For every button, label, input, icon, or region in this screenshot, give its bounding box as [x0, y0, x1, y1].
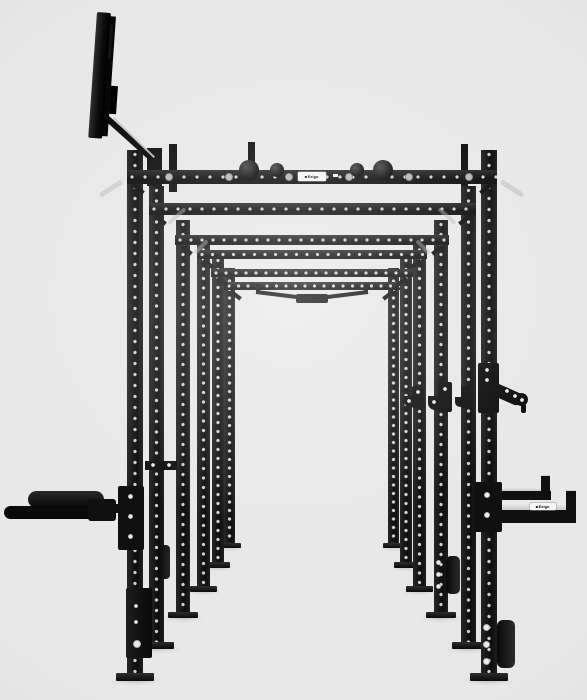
rig-upright — [212, 256, 224, 568]
rig-upright — [400, 256, 412, 568]
foot-plate — [426, 612, 456, 618]
spotter-arm-front-lip — [566, 489, 576, 523]
cannonball-grip-large — [373, 160, 393, 180]
gym-rig-product-render: Exigo Exigo — [0, 0, 587, 700]
bolt-hole — [513, 394, 517, 398]
foot-plate — [168, 612, 198, 618]
beam-hole — [405, 173, 413, 181]
spotter-arm-label-text: Exigo — [539, 505, 550, 509]
bolt-hole — [483, 658, 490, 665]
bolt-hole — [483, 624, 490, 631]
rig-crossmember — [211, 269, 413, 277]
pullup-bar-hanger — [364, 284, 368, 292]
bolt-hole — [443, 387, 447, 391]
rig-upright — [413, 236, 426, 592]
bolt-hole — [133, 640, 141, 648]
bolt-hole — [485, 368, 489, 372]
multi-grip-pullup-bar — [256, 289, 368, 305]
bolt-hole — [128, 534, 133, 539]
rig-upright — [197, 236, 210, 592]
brand-plate: Exigo — [298, 172, 326, 181]
rig-upright — [176, 220, 190, 618]
board-support-arm-glint — [113, 117, 155, 158]
bolt-hole — [520, 398, 524, 402]
foot-plate — [470, 673, 508, 681]
bolt-hole — [485, 378, 489, 382]
j-hook-attachment — [404, 386, 426, 408]
spotter-arm-lip-top — [566, 489, 576, 491]
spotter-arm-lip-top — [541, 474, 550, 476]
foot-plate — [190, 586, 217, 592]
vignette-overlay — [0, 0, 587, 700]
rig-upright — [388, 268, 399, 548]
bolt-hole — [436, 584, 441, 589]
bolt-hole — [128, 494, 133, 499]
bolt-hole — [167, 463, 171, 467]
rig-crossmember — [197, 250, 427, 259]
mount-pin — [484, 492, 490, 498]
pullup-bar-right-arm — [321, 290, 368, 300]
foot-plate — [116, 673, 154, 681]
j-hook-lip — [455, 397, 465, 407]
cannonball-grip-small — [270, 163, 284, 177]
band-peg-bracket — [446, 556, 460, 594]
bolt-hole — [505, 389, 509, 393]
spotter-arm-label: Exigo — [530, 503, 556, 510]
spotter-arm-label-content: Exigo — [536, 505, 550, 509]
cannonball-grip-small — [350, 163, 364, 177]
foot-plate — [406, 586, 433, 592]
bolt-hole — [416, 390, 420, 394]
j-hook-attachment — [455, 386, 471, 408]
rig-upright — [224, 268, 235, 548]
band-peg-plate — [126, 588, 152, 658]
board-support-arm — [105, 116, 155, 162]
bolt-hole — [151, 463, 155, 467]
band-peg-bracket — [158, 545, 170, 579]
pullup-bar-hanger — [256, 284, 260, 292]
brand-plate-text: Exigo — [308, 175, 319, 179]
spotter-arm-rear-lip — [541, 474, 550, 500]
bolt-hole — [134, 604, 138, 608]
bolt-hole — [128, 514, 133, 519]
beam-hole — [285, 173, 293, 181]
pullup-bar-center-grip — [296, 294, 328, 303]
cannonball-grip-large — [239, 160, 259, 180]
rig-upright — [461, 186, 476, 648]
board-mid-tab — [109, 86, 118, 114]
rig-crossmember — [149, 203, 476, 215]
rig-crossmember — [175, 235, 449, 245]
bolt-hole — [483, 641, 490, 648]
storage-tab — [497, 620, 515, 668]
bolt-hole — [436, 572, 441, 577]
bolt-hole — [436, 560, 441, 565]
spotter-arms-attachment: Exigo — [474, 472, 587, 534]
beam-sticker — [333, 174, 338, 177]
bolt-hole — [134, 620, 138, 624]
monolift-attachment — [477, 363, 529, 417]
dip-bars-attachment — [2, 486, 144, 552]
j-hook-attachment — [428, 382, 454, 412]
brand-plate-content: Exigo — [305, 175, 319, 179]
gusset-glint — [500, 179, 525, 197]
mount-pin — [484, 512, 490, 518]
bolt-hole — [407, 399, 411, 403]
monolift-hook-tip — [521, 404, 526, 413]
attachment-bracket — [145, 461, 177, 470]
mounted-board-assembly — [90, 8, 200, 198]
beam-hole — [225, 173, 233, 181]
beam-hole — [465, 173, 473, 181]
spotter-arm-mount — [474, 482, 502, 532]
bolt-hole — [432, 400, 436, 404]
j-hook-lip — [428, 396, 444, 410]
